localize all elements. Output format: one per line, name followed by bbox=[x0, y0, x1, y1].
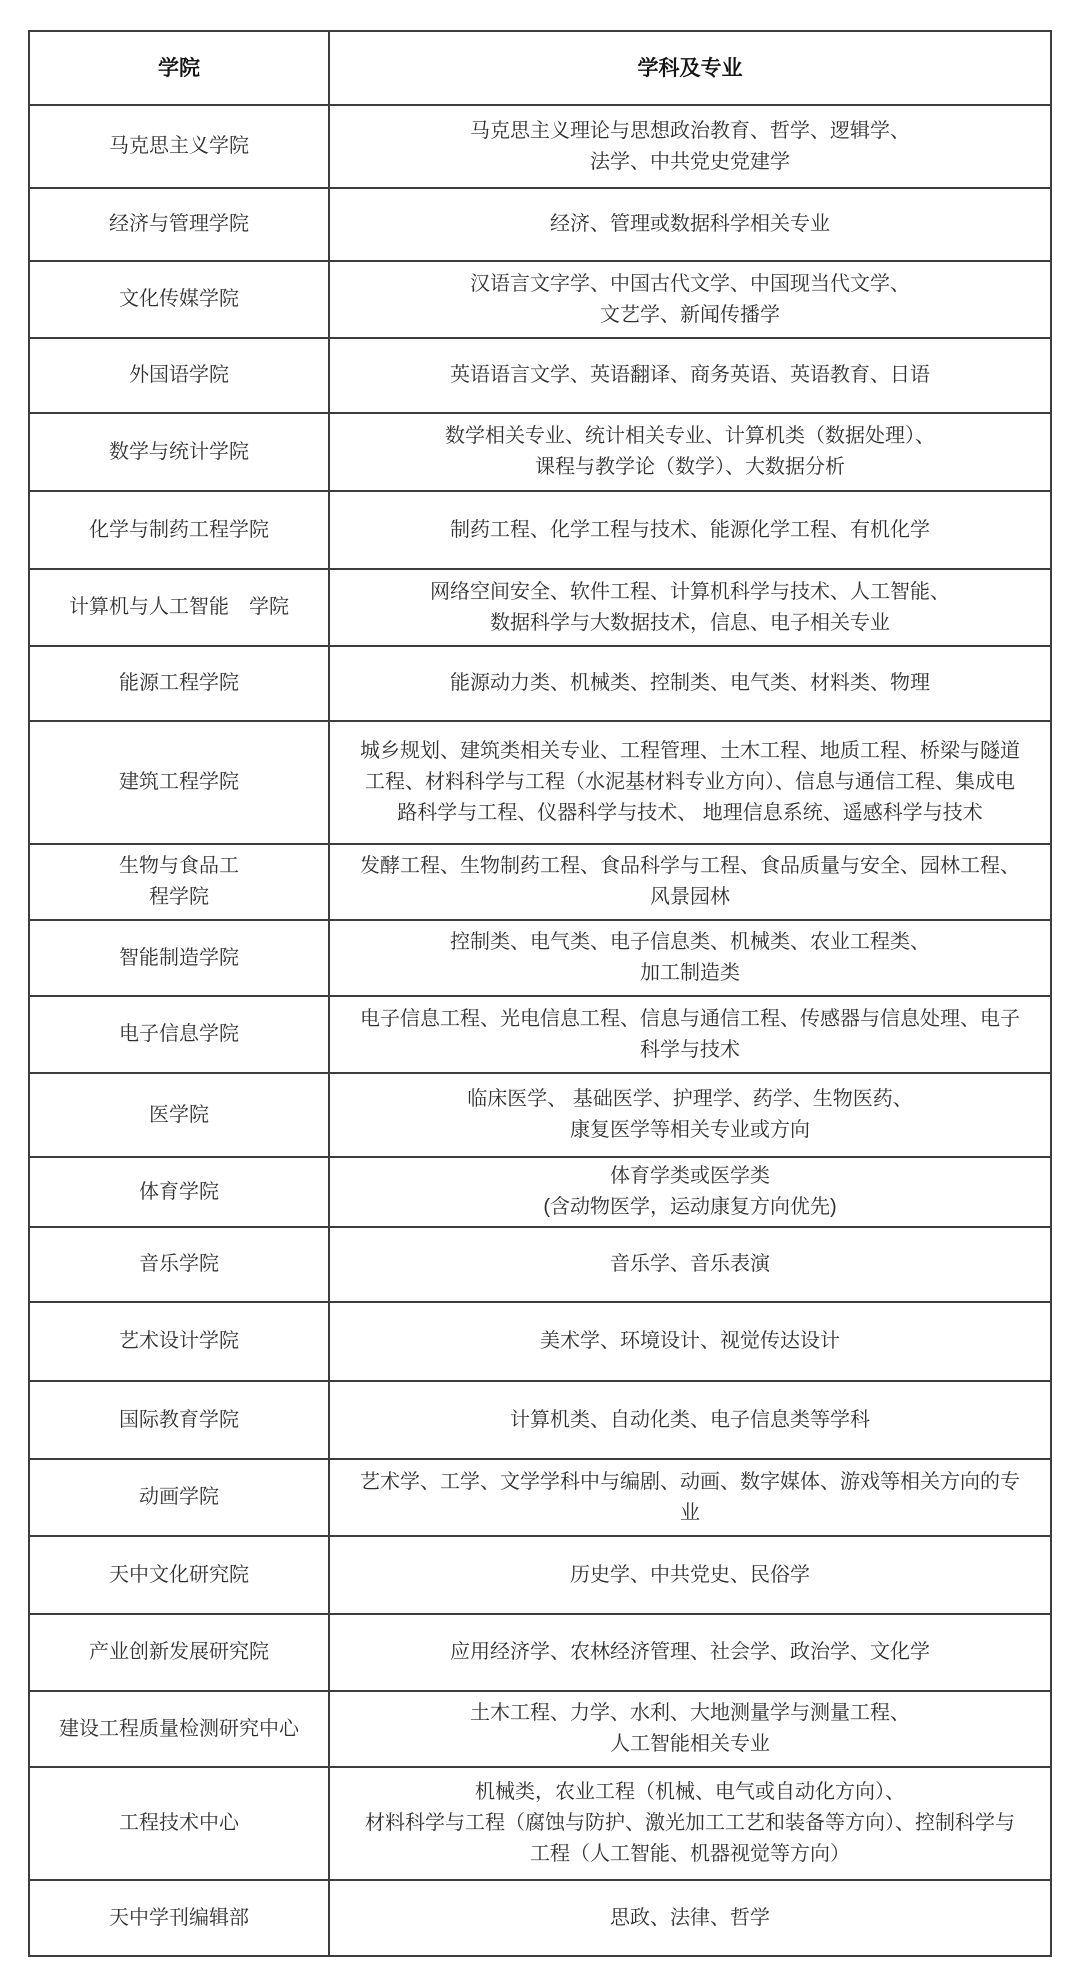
college-cell: 计算机与人工智能 学院 bbox=[30, 570, 330, 645]
table-row: 工程技术中心 机械类，农业工程（机械、电气或自动化方向）、 材料科学与工程（腐蚀… bbox=[30, 1766, 1050, 1879]
table-row: 体育学院 体育学类或医学类 (含动物医学，运动康复方向优先) bbox=[30, 1156, 1050, 1226]
table-row: 马克思主义学院 马克思主义理论与思想政治教育、哲学、逻辑学、 法学、中共党史党建… bbox=[30, 104, 1050, 187]
college-cell: 建筑工程学院 bbox=[30, 722, 330, 843]
college-cell: 化学与制药工程学院 bbox=[30, 492, 330, 568]
table-row: 智能制造学院 控制类、电气类、电子信息类、机械类、农业工程类、 加工制造类 bbox=[30, 919, 1050, 995]
table-row: 动画学院 艺术学、工学、文学学科中与编剧、动画、数字媒体、游戏等相关方向的专 业 bbox=[30, 1458, 1050, 1535]
majors-cell: 机械类，农业工程（机械、电气或自动化方向）、 材料科学与工程（腐蚀与防护、激光加… bbox=[330, 1768, 1050, 1879]
majors-cell: 体育学类或医学类 (含动物医学，运动康复方向优先) bbox=[330, 1158, 1050, 1226]
majors-cell: 艺术学、工学、文学学科中与编剧、动画、数字媒体、游戏等相关方向的专 业 bbox=[330, 1460, 1050, 1535]
majors-cell: 应用经济学、农林经济管理、社会学、政治学、文化学 bbox=[330, 1615, 1050, 1690]
table-row: 计算机与人工智能 学院 网络空间安全、软件工程、计算机科学与技术、人工智能、 数… bbox=[30, 568, 1050, 645]
table-row: 能源工程学院 能源动力类、机械类、控制类、电气类、材料类、物理 bbox=[30, 645, 1050, 720]
table-row: 产业创新发展研究院 应用经济学、农林经济管理、社会学、政治学、文化学 bbox=[30, 1613, 1050, 1690]
college-cell: 天中文化研究院 bbox=[30, 1537, 330, 1613]
college-cell: 数学与统计学院 bbox=[30, 414, 330, 490]
table-row: 电子信息学院 电子信息工程、光电信息工程、信息与通信工程、传感器与信息处理、电子… bbox=[30, 995, 1050, 1072]
college-cell: 生物与食品工 程学院 bbox=[30, 845, 330, 919]
majors-cell: 控制类、电气类、电子信息类、机械类、农业工程类、 加工制造类 bbox=[330, 921, 1050, 995]
college-cell: 能源工程学院 bbox=[30, 647, 330, 720]
majors-cell: 音乐学、音乐表演 bbox=[330, 1228, 1050, 1301]
table-row: 生物与食品工 程学院 发酵工程、生物制药工程、食品科学与工程、食品质量与安全、园… bbox=[30, 843, 1050, 919]
table-row: 化学与制药工程学院 制药工程、化学工程与技术、能源化学工程、有机化学 bbox=[30, 490, 1050, 568]
college-cell: 经济与管理学院 bbox=[30, 189, 330, 260]
majors-column-header: 学科及专业 bbox=[330, 32, 1050, 104]
college-cell: 艺术设计学院 bbox=[30, 1303, 330, 1380]
majors-cell: 城乡规划、建筑类相关专业、工程管理、土木工程、地质工程、桥梁与隧道 工程、材料科… bbox=[330, 722, 1050, 843]
college-cell: 国际教育学院 bbox=[30, 1382, 330, 1458]
majors-cell: 计算机类、自动化类、电子信息类等学科 bbox=[330, 1382, 1050, 1458]
college-cell: 音乐学院 bbox=[30, 1228, 330, 1301]
majors-cell: 网络空间安全、软件工程、计算机科学与技术、人工智能、 数据科学与大数据技术，信息… bbox=[330, 570, 1050, 645]
majors-cell: 制药工程、化学工程与技术、能源化学工程、有机化学 bbox=[330, 492, 1050, 568]
majors-cell: 历史学、中共党史、民俗学 bbox=[330, 1537, 1050, 1613]
college-cell: 马克思主义学院 bbox=[30, 106, 330, 187]
table-header-row: 学院 学科及专业 bbox=[30, 32, 1050, 104]
table-row: 外国语学院 英语语言文学、英语翻译、商务英语、英语教育、日语 bbox=[30, 337, 1050, 412]
college-cell: 工程技术中心 bbox=[30, 1768, 330, 1879]
college-cell: 体育学院 bbox=[30, 1158, 330, 1226]
college-cell: 产业创新发展研究院 bbox=[30, 1615, 330, 1690]
table-row: 天中文化研究院 历史学、中共党史、民俗学 bbox=[30, 1535, 1050, 1613]
majors-cell: 电子信息工程、光电信息工程、信息与通信工程、传感器与信息处理、电子 科学与技术 bbox=[330, 997, 1050, 1072]
majors-cell: 发酵工程、生物制药工程、食品科学与工程、食品质量与安全、园林工程、 风景园林 bbox=[330, 845, 1050, 919]
majors-cell: 能源动力类、机械类、控制类、电气类、材料类、物理 bbox=[330, 647, 1050, 720]
college-cell: 电子信息学院 bbox=[30, 997, 330, 1072]
majors-cell: 美术学、环境设计、视觉传达设计 bbox=[330, 1303, 1050, 1380]
table-row: 文化传媒学院 汉语言文字学、中国古代文学、中国现当代文学、 文艺学、新闻传播学 bbox=[30, 260, 1050, 337]
table-row: 医学院 临床医学、 基础医学、护理学、药学、生物医药、 康复医学等相关专业或方向 bbox=[30, 1072, 1050, 1156]
table-row: 艺术设计学院 美术学、环境设计、视觉传达设计 bbox=[30, 1301, 1050, 1380]
college-cell: 动画学院 bbox=[30, 1460, 330, 1535]
majors-cell: 马克思主义理论与思想政治教育、哲学、逻辑学、 法学、中共党史党建学 bbox=[330, 106, 1050, 187]
college-cell: 文化传媒学院 bbox=[30, 262, 330, 337]
college-cell: 智能制造学院 bbox=[30, 921, 330, 995]
college-cell: 外国语学院 bbox=[30, 339, 330, 412]
college-cell: 医学院 bbox=[30, 1074, 330, 1156]
table-row: 国际教育学院 计算机类、自动化类、电子信息类等学科 bbox=[30, 1380, 1050, 1458]
table-row: 天中学刊编辑部 思政、法律、哲学 bbox=[30, 1879, 1050, 1955]
table-row: 数学与统计学院 数学相关专业、统计相关专业、计算机类（数据处理）、 课程与教学论… bbox=[30, 412, 1050, 490]
majors-cell: 临床医学、 基础医学、护理学、药学、生物医药、 康复医学等相关专业或方向 bbox=[330, 1074, 1050, 1156]
college-column-header: 学院 bbox=[30, 32, 330, 104]
majors-cell: 土木工程、力学、水利、大地测量学与测量工程、 人工智能相关专业 bbox=[330, 1692, 1050, 1766]
majors-cell: 经济、管理或数据科学相关专业 bbox=[330, 189, 1050, 260]
college-cell: 建设工程质量检测研究中心 bbox=[30, 1692, 330, 1766]
majors-cell: 汉语言文字学、中国古代文学、中国现当代文学、 文艺学、新闻传播学 bbox=[330, 262, 1050, 337]
majors-cell: 思政、法律、哲学 bbox=[330, 1881, 1050, 1955]
college-majors-table: 学院 学科及专业 马克思主义学院 马克思主义理论与思想政治教育、哲学、逻辑学、 … bbox=[28, 30, 1052, 1957]
table-row: 经济与管理学院 经济、管理或数据科学相关专业 bbox=[30, 187, 1050, 260]
table-row: 建筑工程学院 城乡规划、建筑类相关专业、工程管理、土木工程、地质工程、桥梁与隧道… bbox=[30, 720, 1050, 843]
majors-cell: 数学相关专业、统计相关专业、计算机类（数据处理）、 课程与教学论（数学）、大数据… bbox=[330, 414, 1050, 490]
table-row: 建设工程质量检测研究中心 土木工程、力学、水利、大地测量学与测量工程、 人工智能… bbox=[30, 1690, 1050, 1766]
college-cell: 天中学刊编辑部 bbox=[30, 1881, 330, 1955]
table-row: 音乐学院 音乐学、音乐表演 bbox=[30, 1226, 1050, 1301]
majors-cell: 英语语言文学、英语翻译、商务英语、英语教育、日语 bbox=[330, 339, 1050, 412]
